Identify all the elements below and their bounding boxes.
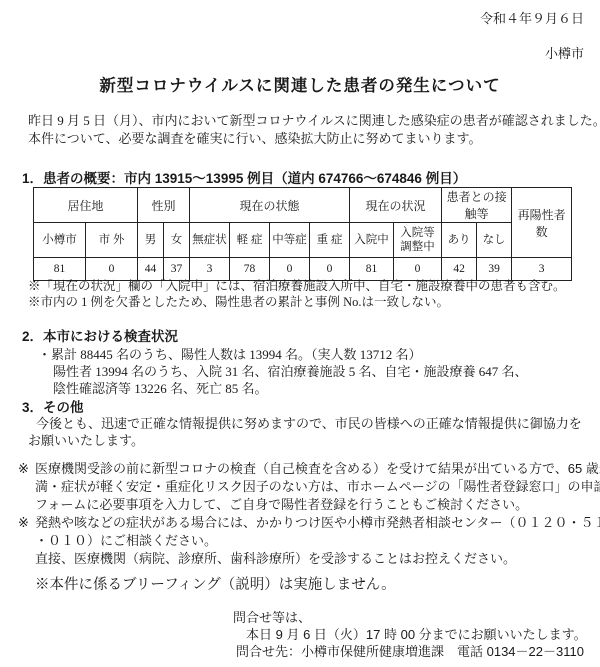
notice-text: 医療機関受診の前に新型コロナの検査（自己検査を含める）を受けて結果が出ている方で…: [35, 460, 600, 514]
sub-header-asymptomatic: 無症状: [190, 223, 230, 258]
document-issuer: 小樽市: [545, 43, 584, 62]
asterisk-marker: ※: [18, 460, 35, 478]
group-header-residence: 居住地: [34, 188, 138, 223]
contact-info: 問合せ先：小樽市保健所健康増進課 電話 0134－22－3110: [236, 641, 584, 660]
patient-summary-table: 居住地 性別 現在の状態 現在の状況 患者との接触等 再陽性者数 小樽市 市 外…: [33, 187, 572, 281]
document-date: 令和４年９月６日: [480, 8, 584, 27]
sub-header-severe: 重 症: [310, 223, 350, 258]
notice-fever-consultation: ※ 発熱や咳などの症状がある場合には、かかりつけ医や小樽市発熱者相談センター（０…: [18, 514, 600, 568]
sub-header-contact-no: なし: [477, 223, 512, 258]
notice-self-registration: ※ 医療機関受診の前に新型コロナの検査（自己検査を含める）を受けて結果が出ている…: [18, 460, 600, 514]
sub-header-hospitalized: 入院中: [350, 223, 394, 258]
group-header-condition: 現在の状態: [190, 188, 350, 223]
group-header-sex: 性別: [138, 188, 190, 223]
briefing-note: ※本件に係るブリーフィング（説明）は実施しません。: [35, 573, 396, 594]
group-header-status: 現在の状況: [350, 188, 442, 223]
sub-header-contact-yes: あり: [442, 223, 477, 258]
page-title: 新型コロナウイルスに関連した患者の発生について: [0, 72, 600, 96]
sub-header-male: 男: [138, 223, 164, 258]
group-header-contact: 患者との接触等: [442, 188, 512, 223]
section1-heading: 1．患者の概要：市内 13915～13995 例目（道内 674766～6748…: [22, 167, 466, 187]
press-release-document: 令和４年９月６日 小樽市 新型コロナウイルスに関連した患者の発生について 昨日 …: [0, 0, 600, 667]
group-header-repositive: 再陽性者数: [512, 188, 572, 258]
asterisk-marker: ※: [18, 514, 35, 532]
table-group-header-row: 居住地 性別 現在の状態 現在の状況 患者との接触等 再陽性者数: [34, 188, 572, 223]
sub-header-pending: 入院等 調整中: [394, 223, 442, 258]
intro-paragraph: 昨日 9 月 5 日（月）、市内において新型コロナウイルスに関連した感染症の患者…: [28, 112, 600, 148]
section2-line-breakdown-cont: 陰性確認済等 13226 名、死亡 85 名。: [53, 378, 268, 397]
table-note-2: ※市内の 1 例を欠番としたため、陽性患者の累計と事例 No.は一致しない。: [28, 292, 449, 310]
notice-text: 発熱や咳などの症状がある場合には、かかりつけ医や小樽市発熱者相談センター（０１２…: [35, 514, 600, 568]
sub-header-mild: 軽 症: [230, 223, 270, 258]
section2-heading: 2．本市における検査状況: [22, 325, 178, 345]
section3-body-line2: お願いいたします。: [28, 430, 144, 449]
sub-header-female: 女: [164, 223, 190, 258]
table-sub-header-row: 小樽市 市 外 男 女 無症状 軽 症 中等症 重 症 入院中 入院等 調整中 …: [34, 223, 572, 258]
sub-header-otaru: 小樽市: [34, 223, 86, 258]
sub-header-outside-city: 市 外: [86, 223, 138, 258]
sub-header-moderate: 中等症: [270, 223, 310, 258]
